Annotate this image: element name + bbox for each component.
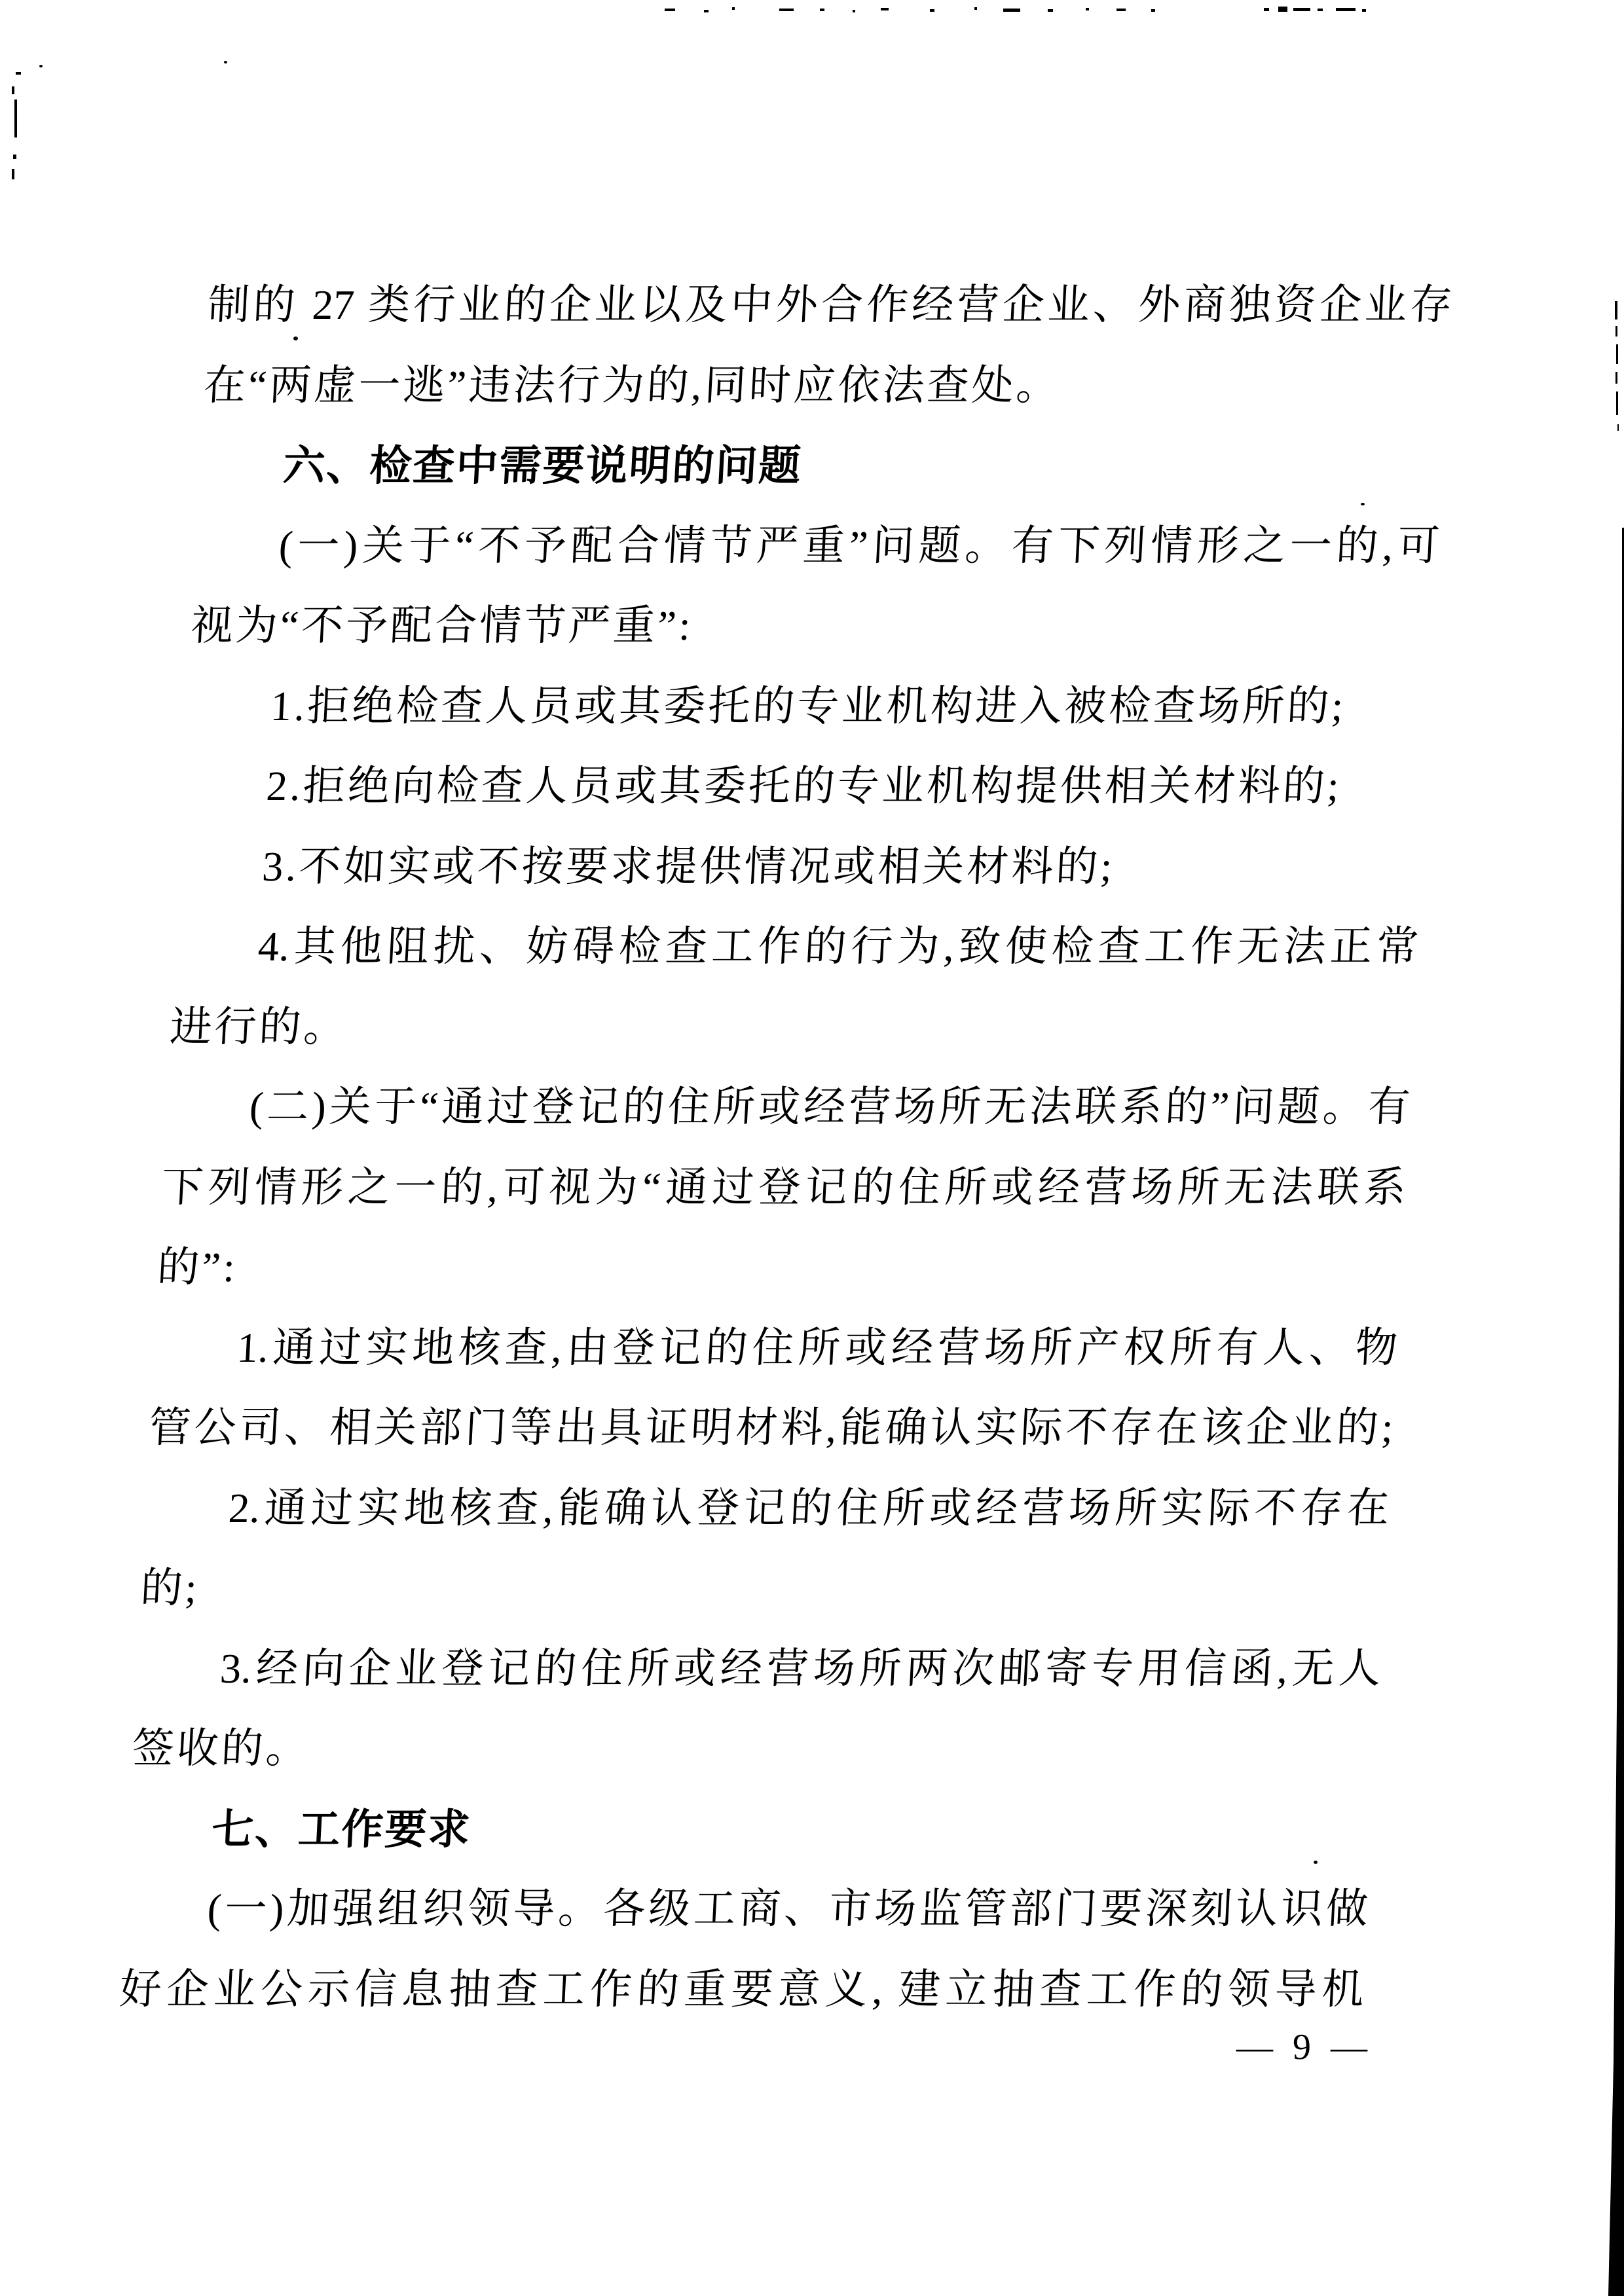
page-edge-scan-artifact [0, 0, 1624, 2296]
scanned-page: 制的 27 类行业的企业以及中外合作经营企业、外商独资企业存 在“两虚一逃”违法… [0, 0, 1624, 2296]
